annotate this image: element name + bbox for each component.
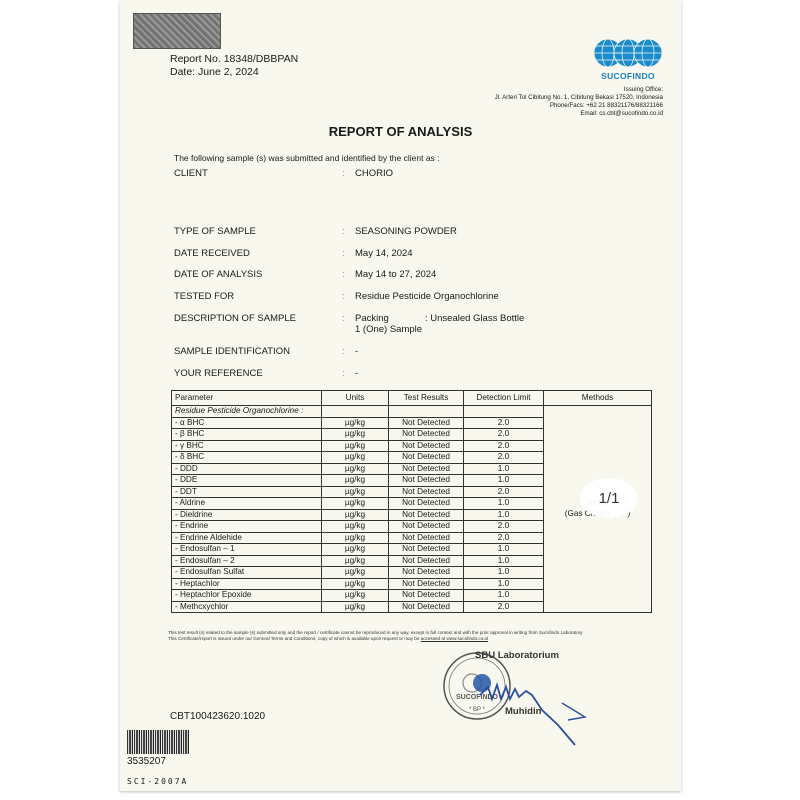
limit-cell: 2.0	[464, 440, 544, 452]
limit-cell: 2.0	[464, 429, 544, 441]
result-cell: Not Detected	[389, 486, 464, 498]
field-value: SEASONING POWDER	[355, 226, 457, 237]
issuing-office: Issuing Office: Jl. Arteri Tol Cibitung …	[495, 86, 663, 118]
limit-cell: 1.0	[464, 567, 544, 579]
limit-cell: 2.0	[464, 452, 544, 464]
field-value: CHORIO	[355, 168, 393, 179]
result-cell: Not Detected	[389, 590, 464, 602]
limit-cell: 2.0	[464, 521, 544, 533]
report-page: Report No. 18348/DBBPAN Date: June 2, 20…	[120, 0, 681, 791]
barcode-icon	[127, 730, 189, 754]
limit-cell: 1.0	[464, 578, 544, 590]
result-cell: Not Detected	[389, 440, 464, 452]
unit-cell: µg/kg	[322, 486, 389, 498]
signatory-name: Muhidin	[505, 706, 541, 717]
report-header: Report No. 18348/DBBPAN Date: June 2, 20…	[170, 53, 298, 79]
logo-text: SUCOFINDO	[593, 71, 663, 81]
parameter-cell: - DDD	[172, 463, 322, 475]
parameter-cell: - δ BHC	[172, 452, 322, 464]
field-label: TYPE OF SAMPLE	[174, 226, 256, 237]
result-cell: Not Detected	[389, 555, 464, 567]
limit-cell: 1.0	[464, 509, 544, 521]
limit-cell: 2.0	[464, 601, 544, 613]
intro-text: The following sample (s) was submitted a…	[174, 153, 440, 163]
header-parameter: Parameter	[172, 391, 322, 406]
limit-cell: 1.0	[464, 590, 544, 602]
parameter-cell: - α BHC	[172, 417, 322, 429]
limit-cell: 1.0	[464, 544, 544, 556]
unit-cell: µg/kg	[322, 521, 389, 533]
result-cell: Not Detected	[389, 544, 464, 556]
result-cell: Not Detected	[389, 601, 464, 613]
limit-cell: 2.0	[464, 417, 544, 429]
unit-cell: µg/kg	[322, 590, 389, 602]
unit-cell: µg/kg	[322, 452, 389, 464]
unit-cell: µg/kg	[322, 532, 389, 544]
result-cell: Not Detected	[389, 475, 464, 487]
limit-cell: 2.0	[464, 532, 544, 544]
unit-cell: µg/kg	[322, 555, 389, 567]
parameter-cell: - β BHC	[172, 429, 322, 441]
field-label: YOUR REFERENCE	[174, 368, 263, 379]
limit-cell: 1.0	[464, 475, 544, 487]
sucofindo-logo: SUCOFINDO	[593, 36, 663, 81]
result-cell: Not Detected	[389, 578, 464, 590]
field-label: DATE RECEIVED	[174, 248, 250, 259]
signatory-unit: SBU Laboratorium	[475, 650, 559, 661]
report-number: Report No. 18348/DBBPAN	[170, 53, 298, 66]
unit-cell: µg/kg	[322, 475, 389, 487]
field-value: Residue Pesticide Organochlorine	[355, 291, 499, 302]
header-units: Units	[322, 391, 389, 406]
result-cell: Not Detected	[389, 567, 464, 579]
website-link[interactable]: accessed at www.sucofindo.co.id	[421, 636, 488, 641]
parameter-cell: - Heptachlor	[172, 578, 322, 590]
document-title: REPORT OF ANALYSIS	[120, 124, 681, 139]
limit-cell: 1.0	[464, 555, 544, 567]
parameter-cell: - Heptachlor Epoxide	[172, 590, 322, 602]
parameter-cell: - Aldrine	[172, 498, 322, 510]
limit-cell: 1.0	[464, 498, 544, 510]
unit-cell: µg/kg	[322, 578, 389, 590]
barcode-number: 3535207	[127, 756, 166, 767]
result-cell: Not Detected	[389, 463, 464, 475]
unit-cell: µg/kg	[322, 544, 389, 556]
result-cell: Not Detected	[389, 498, 464, 510]
parameter-cell: - Endosulfan – 2	[172, 555, 322, 567]
field-value: -	[355, 368, 358, 379]
parameter-cell: - Endosulfan – 1	[172, 544, 322, 556]
unit-cell: µg/kg	[322, 498, 389, 510]
unit-cell: µg/kg	[322, 440, 389, 452]
parameter-cell: - DDE	[172, 475, 322, 487]
limit-cell: 2.0	[464, 486, 544, 498]
parameter-cell: - Endrine Aldehide	[172, 532, 322, 544]
parameter-cell: - DDT	[172, 486, 322, 498]
form-code: SCI-2007A	[127, 777, 188, 786]
parameter-cell: - Methcxychlor	[172, 601, 322, 613]
result-cell: Not Detected	[389, 429, 464, 441]
unit-cell: µg/kg	[322, 601, 389, 613]
footnote: This test result (s) related to the samp…	[168, 630, 678, 642]
result-cell: Not Detected	[389, 509, 464, 521]
result-cell: Not Detected	[389, 452, 464, 464]
result-cell: Not Detected	[389, 532, 464, 544]
header-methods: Methods	[544, 391, 652, 406]
field-label: DATE OF ANALYSIS	[174, 269, 262, 280]
header-detection-limit: Detection Limit	[464, 391, 544, 406]
unit-cell: µg/kg	[322, 417, 389, 429]
group-row: Residue Pesticide Organochlorine : POA (…	[172, 406, 652, 418]
limit-cell: 1.0	[464, 463, 544, 475]
table-header: Parameter Units Test Results Detection L…	[172, 391, 652, 406]
result-cell: Not Detected	[389, 417, 464, 429]
field-label: DESCRIPTION OF SAMPLE	[174, 313, 296, 324]
group-label: Residue Pesticide Organochlorine :	[172, 406, 322, 418]
field-label: TESTED FOR	[174, 291, 234, 302]
parameter-cell: - Endrine	[172, 521, 322, 533]
certificate-code: CBT100423620.1020	[170, 711, 265, 722]
parameter-cell: - Endosulfan Sulfat	[172, 567, 322, 579]
header-test-results: Test Results	[389, 391, 464, 406]
field-value: Packing: Unsealed Glass Bottle 1 (One) S…	[355, 313, 524, 335]
parameter-cell: - Dieldrine	[172, 509, 322, 521]
result-cell: Not Detected	[389, 521, 464, 533]
field-value: May 14 to 27, 2024	[355, 269, 436, 280]
unit-cell: µg/kg	[322, 429, 389, 441]
field-label: CLIENT	[174, 168, 208, 179]
page-indicator: 1/1	[580, 478, 638, 518]
field-label: SAMPLE IDENTIFICATION	[174, 346, 290, 357]
unit-cell: µg/kg	[322, 509, 389, 521]
field-value: -	[355, 346, 358, 357]
report-date: Date: June 2, 2024	[170, 66, 298, 79]
unit-cell: µg/kg	[322, 463, 389, 475]
unit-cell: µg/kg	[322, 567, 389, 579]
field-value: May 14, 2024	[355, 248, 413, 259]
redacted-block	[133, 13, 221, 49]
parameter-cell: - γ BHC	[172, 440, 322, 452]
globe-icon	[593, 36, 663, 70]
